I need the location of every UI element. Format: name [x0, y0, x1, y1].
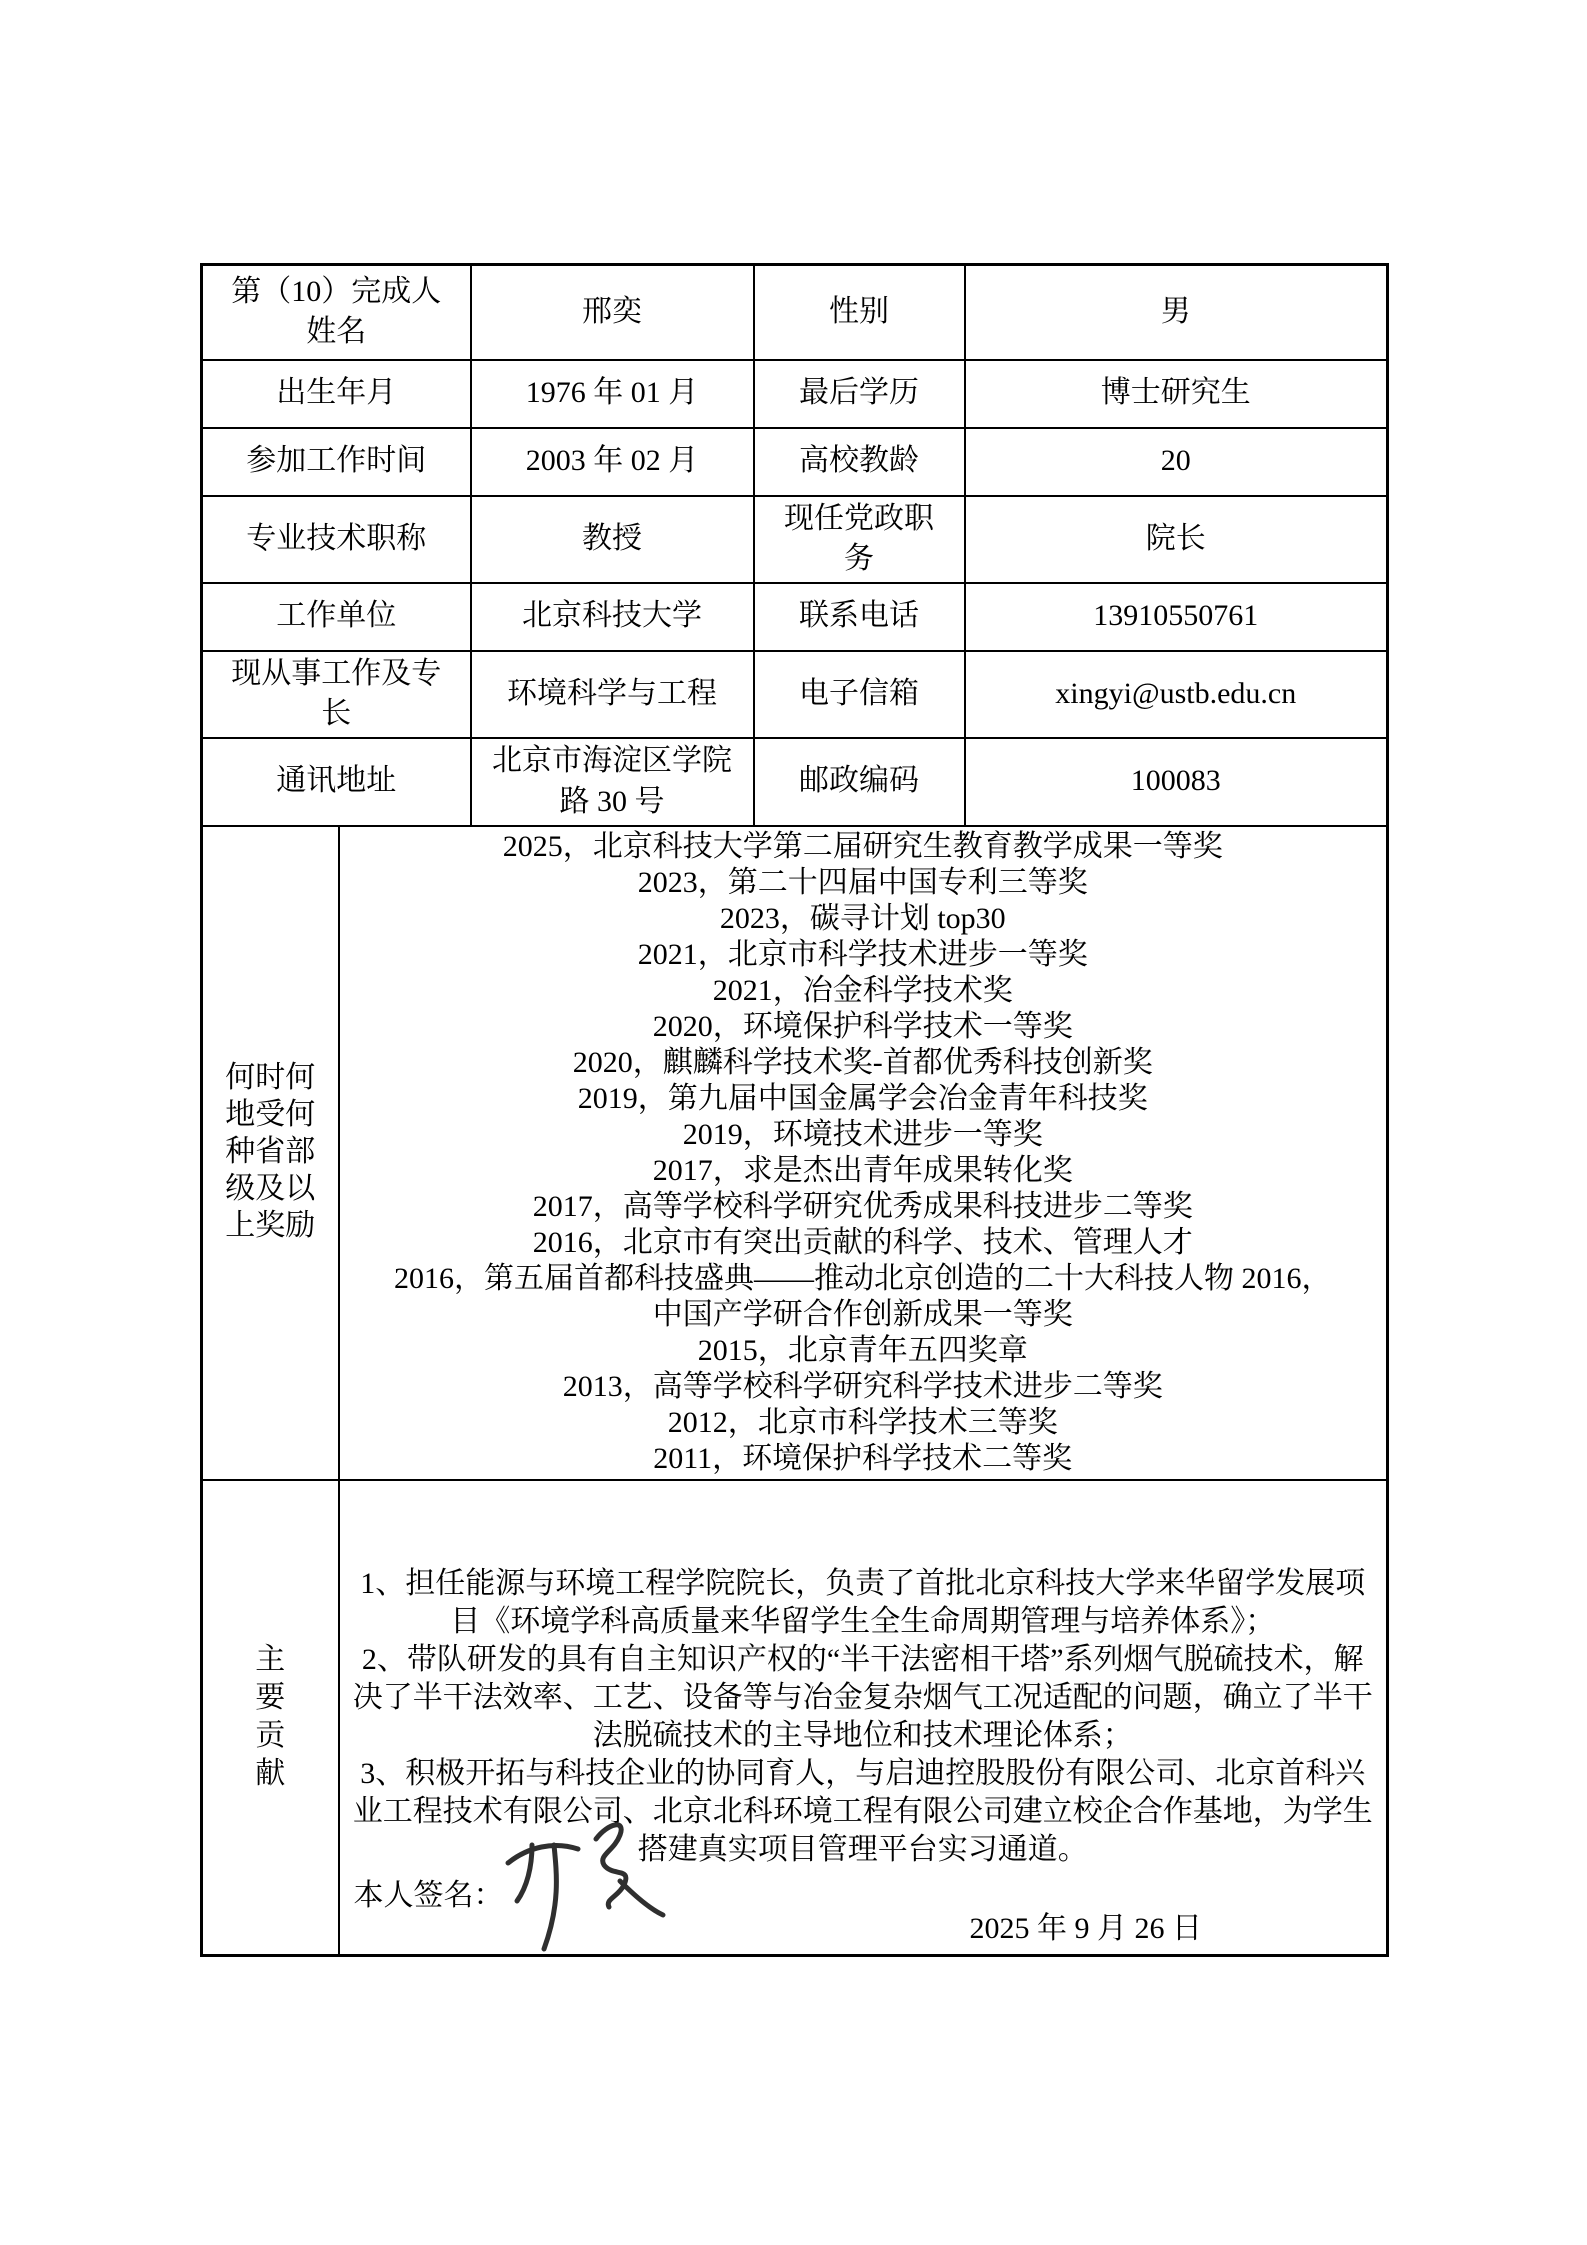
list-item: 2012，北京市科学技术三等奖	[348, 1405, 1379, 1441]
field-name-label: 第（10）完成人姓名	[202, 265, 471, 360]
contributions-cell: 1、担任能源与环境工程学院院长，负责了首批北京科技大学来华留学发展项目《环境学科…	[339, 1480, 1388, 1956]
field-email-value: xingyi@ustb.edu.cn	[965, 651, 1388, 738]
field-workstart-label: 参加工作时间	[202, 428, 471, 496]
list-item: 2013，高等学校科学研究科学技术进步二等奖	[348, 1369, 1379, 1405]
list-item: 2023，第二十四届中国专利三等奖	[348, 865, 1379, 901]
list-item: 中国产学研合作创新成果一等奖	[348, 1297, 1379, 1333]
field-address-label: 通讯地址	[202, 738, 471, 826]
table-row: 专业技术职称 教授 现任党政职务 院长	[202, 496, 1388, 583]
field-teachingyears-label: 高校教龄	[754, 428, 965, 496]
list-item: 2019，第九届中国金属学会冶金青年科技奖	[348, 1081, 1379, 1117]
field-postal-value: 100083	[965, 738, 1388, 826]
table-row: 第（10）完成人姓名 邢奕 性别 男	[202, 265, 1388, 360]
list-item: 2023，碳寻计划 top30	[348, 901, 1379, 937]
personnel-info-table: 第（10）完成人姓名 邢奕 性别 男 出生年月 1976 年 01 月 最后学历…	[200, 263, 1389, 1957]
field-gender-value: 男	[965, 265, 1388, 360]
field-address-value: 北京市海淀区学院路 30 号	[471, 738, 754, 826]
field-teachingyears-value: 20	[965, 428, 1388, 496]
field-partypost-label: 现任党政职务	[754, 496, 965, 583]
field-specialty-label: 现从事工作及专长	[202, 651, 471, 738]
field-phone-value: 13910550761	[965, 583, 1388, 651]
list-item: 2019，环境技术进步一等奖	[348, 1117, 1379, 1153]
field-birth-label: 出生年月	[202, 360, 471, 428]
list-item: 2016，第五届首都科技盛典——推动北京创造的二十大科技人物 2016，	[348, 1261, 1379, 1297]
field-specialty-value: 环境科学与工程	[471, 651, 754, 738]
list-item: 2017，求是杰出青年成果转化奖	[348, 1153, 1379, 1189]
list-item: 2017，高等学校科学研究优秀成果科技进步二等奖	[348, 1189, 1379, 1225]
signature-label: 本人签名：	[354, 1876, 504, 1917]
list-item: 2011，环境保护科学技术二等奖	[348, 1441, 1379, 1477]
field-employer-value: 北京科技大学	[471, 583, 754, 651]
field-workstart-value: 2003 年 02 月	[471, 428, 754, 496]
field-name-value: 邢奕	[471, 265, 754, 360]
signature-date: 2025 年 9 月 26 日	[970, 1909, 1203, 1950]
field-gender-label: 性别	[754, 265, 965, 360]
signature-image	[500, 1809, 675, 1956]
field-education-value: 博士研究生	[965, 360, 1388, 428]
field-education-label: 最后学历	[754, 360, 965, 428]
list-item: 1、担任能源与环境工程学院院长，负责了首批北京科技大学来华留学发展项目《环境学科…	[348, 1565, 1379, 1641]
list-item: 2020，麒麟科学技术奖-首都优秀科技创新奖	[348, 1045, 1379, 1081]
table-row: 参加工作时间 2003 年 02 月 高校教龄 20	[202, 428, 1388, 496]
list-item: 2021，北京市科学技术进步一等奖	[348, 937, 1379, 973]
table-row: 工作单位 北京科技大学 联系电话 13910550761	[202, 583, 1388, 651]
field-postal-label: 邮政编码	[754, 738, 965, 826]
list-item: 2015，北京青年五四奖章	[348, 1333, 1379, 1369]
field-title-value: 教授	[471, 496, 754, 583]
field-partypost-value: 院长	[965, 496, 1388, 583]
awards-section-label: 何时何地受何种省部级及以上奖励	[202, 826, 339, 1480]
field-birth-value: 1976 年 01 月	[471, 360, 754, 428]
document-page: 第（10）完成人姓名 邢奕 性别 男 出生年月 1976 年 01 月 最后学历…	[0, 0, 1587, 2245]
table-row: 现从事工作及专长 环境科学与工程 电子信箱 xingyi@ustb.edu.cn	[202, 651, 1388, 738]
awards-list: 2025，北京科技大学第二届研究生教育教学成果一等奖2023，第二十四届中国专利…	[339, 826, 1388, 1480]
contributions-section-label: 主要贡献	[202, 1480, 339, 1956]
table-row: 通讯地址 北京市海淀区学院路 30 号 邮政编码 100083	[202, 738, 1388, 826]
contributions-row: 主要贡献 1、担任能源与环境工程学院院长，负责了首批北京科技大学来华留学发展项目…	[202, 1480, 1388, 1956]
list-item: 2025，北京科技大学第二届研究生教育教学成果一等奖	[348, 829, 1379, 865]
list-item: 2021，冶金科学技术奖	[348, 973, 1379, 1009]
table-row: 出生年月 1976 年 01 月 最后学历 博士研究生	[202, 360, 1388, 428]
field-phone-label: 联系电话	[754, 583, 965, 651]
list-item: 2020，环境保护科学技术一等奖	[348, 1009, 1379, 1045]
awards-row: 何时何地受何种省部级及以上奖励 2025，北京科技大学第二届研究生教育教学成果一…	[202, 826, 1388, 1480]
list-item: 2016，北京市有突出贡献的科学、技术、管理人才	[348, 1225, 1379, 1261]
list-item: 2、带队研发的具有自主知识产权的“半干法密相干塔”系列烟气脱硫技术，解决了半干法…	[348, 1641, 1379, 1755]
field-employer-label: 工作单位	[202, 583, 471, 651]
field-title-label: 专业技术职称	[202, 496, 471, 583]
field-email-label: 电子信箱	[754, 651, 965, 738]
